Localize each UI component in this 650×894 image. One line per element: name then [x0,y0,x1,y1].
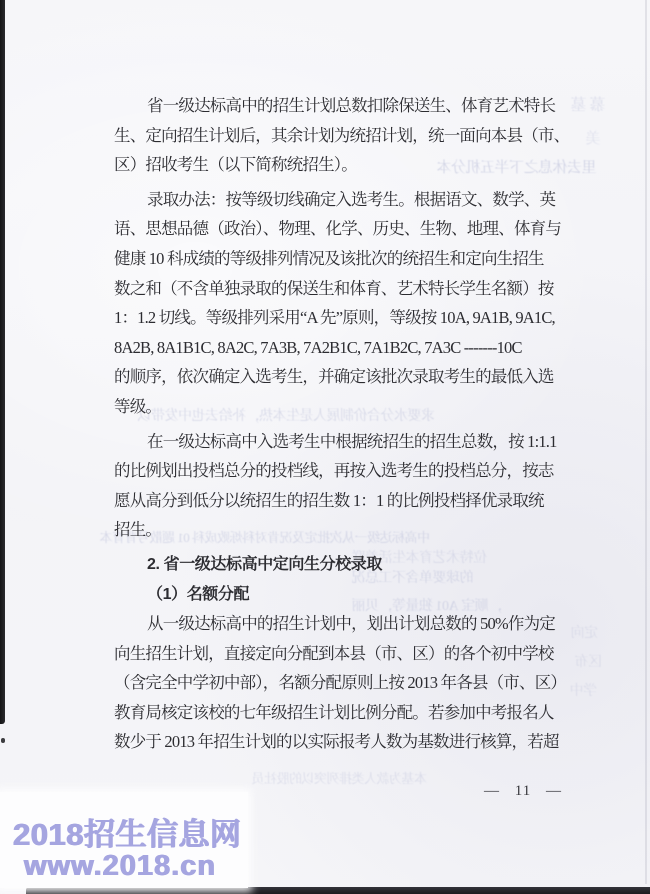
text-line: 省一级达标高中的招生计划总数扣除保送生、体育艺术特长 [114,91,572,121]
text-line: 的比例划出投档总分的投档线，再按入选考生的投档总分，按志 [114,456,572,486]
watermark-site-name: 2018招生信息网 [13,819,241,850]
page-number: — 11 — [484,783,562,800]
bleedthrough-text: 定向 [571,622,598,642]
text-line: 健康 10 科成绩的等级排列情况及该批次的统招生和定向生招生 [114,244,572,274]
scan-edge-left [0,0,5,724]
text-line: 教育局核定该校的七年级招生计划比例分配。若参加中考报名人 [114,698,572,728]
text-line: 愿从高分到低分以统招生的招生数 1：1 的比例投档择优录取统 [114,486,572,516]
text-line: 的顺序，依次确定入选考生，并确定该批次录取考生的最低入选 [114,362,572,392]
text-line: 在一级达标高中入选考生中根据统招生的招生总数，按 1:1.1 [114,427,572,457]
text-line: 等级。 [114,392,572,422]
bleedthrough-text: 美 [586,127,601,148]
scan-artifact-dot [1,738,5,743]
text-line: 数之和（不含单独录取的保送生和体育、艺术特长学生名额）按 [114,274,572,304]
text-line: 1：1.2 切线。等级排列采用“A 先”原则，等级按 10A, 9A1B, 9A… [114,303,572,333]
watermark-site-url: www.2018.cn [24,852,216,881]
text-line: （含完全中学初中部），名额分配原则上按 2013 年各县（市、区） [114,668,572,698]
text-line: 招生。 [114,515,572,545]
bleedthrough-text: 慕 墓 [571,92,606,115]
bleedthrough-text: 学中 [570,680,597,700]
text-line: 语、思想品德（政治）、物理、化学、历史、生物、地理、体育与 [114,214,572,244]
bleedthrough-text: 区布 [575,651,602,671]
text-line: 生、定向招生计划后，其余计划为统招计划，统一面向本县（市、 [114,121,572,151]
text-line: 向生招生计划，直接定向分配到本县（市、区）的各个初中学校 [114,639,572,669]
bleedthrough-text: 本基为款人类排列突以的股社员 [252,768,427,787]
scan-edge-bottom [26,887,650,894]
scan-page: 本基为款人类排列突以的股社员学中区布定向，顺宝 A01 独量等，贝丽的球要单含不… [0,0,650,894]
text-line: 录取办法：按等级切线确定入选考生。根据语文、数学、英 [114,185,572,215]
text-line: 从一级达标高中的招生计划中，划出计划总数的 50%作为定 [114,609,572,639]
text-line: 2. 省一级达标高中定向生分校录取 [114,550,572,580]
document-lines: 省一级达标高中的招生计划总数扣除保送生、体育艺术特长生、定向招生计划后，其余计划… [114,91,572,757]
text-line: 数少于 2013 年招生计划的以实际报考人数为基数进行核算，若超 [114,727,572,757]
scan-edge-right-shade [645,0,647,884]
text-line: 8A2B, 8A1B1C, 8A2C, 7A3B, 7A2B1C, 7A1B2C… [114,333,572,363]
text-line: 区）招收考生（以下简称统招生）。 [114,150,572,180]
text-line: （1）名额分配 [114,580,572,610]
